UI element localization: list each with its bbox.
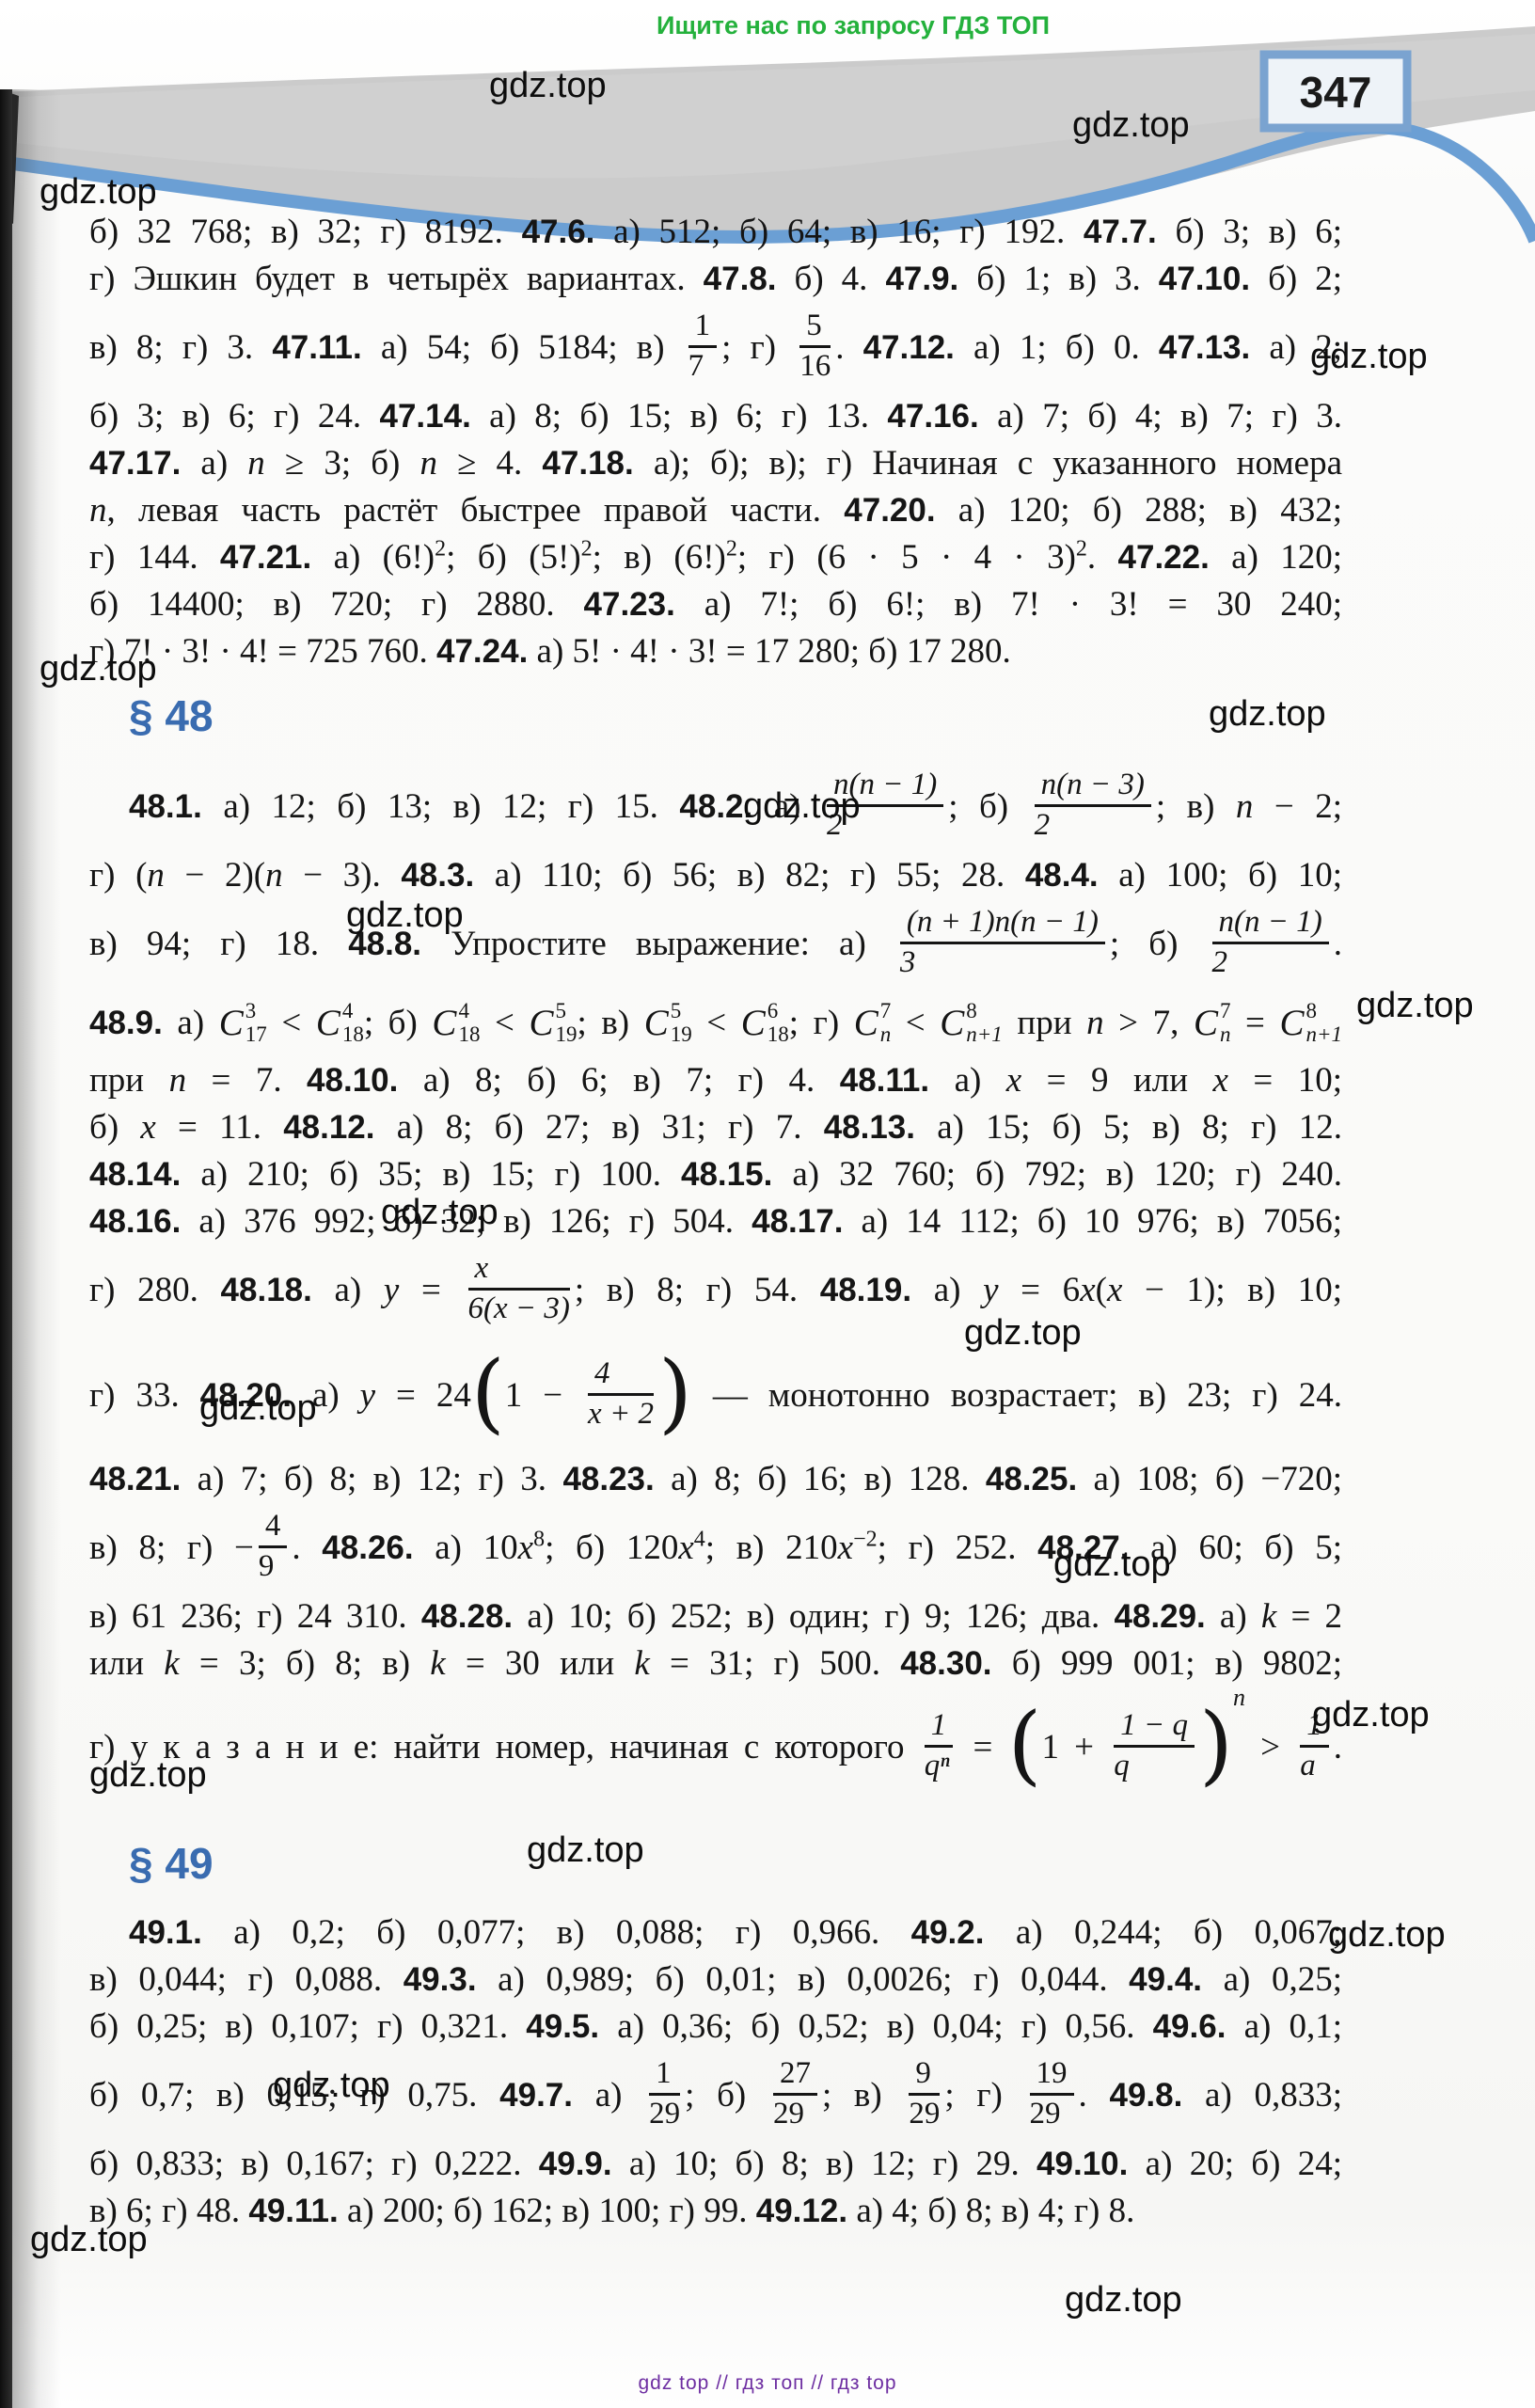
answer-line: 48.16. а) 376 992; б) 32; в) 126; г) 504…: [89, 1198, 1342, 1245]
book-spine: [0, 89, 12, 2408]
binomial-sub: 18: [458, 1023, 480, 1047]
binomial-symbol: C7n: [1194, 1000, 1231, 1047]
problem-number: 49.2.: [911, 1914, 985, 1951]
fraction: 49: [259, 1510, 288, 1583]
fraction: 2729: [773, 2057, 817, 2131]
binomial-super: 7: [1220, 1000, 1231, 1023]
binomial-super: 3: [245, 1000, 267, 1023]
answer-line: 48.9. а) C317 < C418; б) C418 < C519; в)…: [89, 990, 1342, 1057]
binomial-super: 4: [458, 1000, 480, 1023]
binomial-super: 6: [767, 1000, 789, 1023]
watermark: gdz.top: [1065, 2280, 1182, 2321]
problem-number: 48.12.: [283, 1109, 374, 1146]
fraction-numerator: x: [468, 1252, 570, 1291]
page-number: 347: [1300, 68, 1372, 117]
watermark: gdz.top: [40, 172, 157, 213]
binomial-symbol: C7n: [854, 1000, 892, 1047]
text-column: б) 32 768; в) 32; г) 8192. 47.6. а) 512;…: [89, 209, 1342, 2235]
watermark: gdz.top: [273, 2066, 390, 2106]
binomial-super: 8: [1306, 1000, 1343, 1023]
binomial-sub: 19: [671, 1023, 692, 1047]
binomial-scripts: 317: [245, 1000, 267, 1047]
problem-number: 49.4.: [1129, 1961, 1202, 1998]
fraction-denominator: 29: [1030, 2096, 1074, 2131]
watermark: gdz.top: [89, 1755, 207, 1796]
fraction-numerator: 1: [649, 2057, 680, 2096]
math-variable: n: [265, 856, 283, 895]
problem-number: 47.18.: [542, 445, 633, 482]
fraction: 17: [688, 309, 718, 383]
problem-number: 47.6.: [522, 214, 595, 250]
problem-number: 48.1.: [129, 788, 202, 825]
exponent: 2: [435, 537, 446, 562]
watermark: gdz.top: [1209, 694, 1326, 735]
answer-line: 48.1. а) 12; б) 13; в) 12; г) 15. 48.2. …: [89, 762, 1342, 852]
problem-number: 48.17.: [752, 1203, 843, 1240]
problem-number: 49.9.: [539, 2146, 612, 2182]
fraction: (n + 1)n(n − 1)3: [900, 906, 1105, 979]
binomial-super: 4: [342, 1000, 364, 1023]
binomial-sub: 19: [555, 1023, 577, 1047]
footer-note: gdz top // гдз топ // гдз top: [0, 2372, 1535, 2395]
binomial-sub: 18: [767, 1023, 789, 1047]
section-header: § 48: [129, 690, 1342, 741]
exponent: 2: [1076, 537, 1087, 562]
problem-number: 48.29.: [1114, 1598, 1205, 1635]
answer-line: г) (n − 2)(n − 3). 48.3. а) 110; б) 56; …: [89, 852, 1342, 899]
exponent: 2: [581, 537, 593, 562]
binomial-symbol: C8n+1: [940, 1000, 1003, 1047]
math-variable: n: [247, 444, 265, 483]
answer-line: б) 0,25; в) 0,107; г) 0,321. 49.5. а) 0,…: [89, 2004, 1342, 2051]
fraction-numerator: 19: [1030, 2057, 1074, 2096]
answer-line: n, левая часть растёт быстрее правой час…: [89, 487, 1342, 534]
math-variable: y: [983, 1271, 998, 1309]
binomial-letter: C: [1279, 1005, 1304, 1041]
fraction: 1qⁿ: [925, 1709, 954, 1782]
problem-number: 48.9.: [89, 1005, 163, 1041]
fraction-numerator: 1: [925, 1709, 954, 1748]
answer-line: б) 14400; в) 720; г) 2880. 47.23. а) 7!;…: [89, 581, 1342, 628]
problem-number: 48.10.: [307, 1062, 398, 1099]
answer-line: г) 7! · 3! · 4! = 725 760. 47.24. а) 5! …: [89, 628, 1342, 675]
problem-number: 48.16.: [89, 1203, 181, 1240]
math-variable: k: [430, 1644, 445, 1683]
binomial-scripts: 519: [555, 1000, 577, 1047]
big-paren: ): [1199, 1694, 1233, 1795]
problem-number: 47.10.: [1159, 261, 1250, 297]
fraction: 929: [909, 2057, 940, 2131]
fraction-numerator: (n + 1)n(n − 1): [900, 906, 1105, 944]
problem-number: 48.30.: [900, 1645, 991, 1682]
math-variable: n: [420, 444, 438, 483]
problem-number: 47.22.: [1118, 539, 1210, 576]
problem-number: 49.11.: [248, 2193, 338, 2229]
watermark: gdz.top: [964, 1313, 1082, 1354]
binomial-scripts: 519: [671, 1000, 692, 1047]
answer-line: б) 3; в) 6; г) 24. 47.14. а) 8; б) 15; в…: [89, 393, 1342, 440]
big-paren: (: [1008, 1694, 1042, 1795]
problem-number: 49.7.: [499, 2077, 573, 2114]
binomial-letter: C: [940, 1005, 964, 1041]
problem-number: 47.11.: [272, 329, 361, 366]
fraction-numerator: 1: [688, 309, 718, 348]
binomial-letter: C: [854, 1005, 878, 1041]
binomial-super: 5: [671, 1000, 692, 1023]
answer-line: 49.1. а) 0,2; б) 0,077; в) 0,088; г) 0,9…: [89, 1909, 1342, 1956]
fraction-denominator: 3: [900, 944, 1105, 980]
watermark: gdz.top: [199, 1388, 317, 1429]
binomial-symbol: C8n+1: [1279, 1000, 1342, 1047]
watermark: gdz.top: [1053, 1545, 1171, 1585]
fraction-numerator: 1 − q: [1114, 1709, 1195, 1748]
problem-number: 49.1.: [129, 1914, 202, 1951]
problem-number: 47.24.: [436, 633, 528, 670]
answer-line: в) 94; г) 18. 48.8. Упростите выражение:…: [89, 899, 1342, 990]
fraction-denominator: qⁿ: [925, 1748, 954, 1783]
problem-number: 47.17.: [89, 445, 181, 482]
binomial-letter: C: [1194, 1005, 1218, 1041]
binomial-scripts: 8n+1: [1306, 1000, 1343, 1047]
fraction-numerator: 9: [909, 2057, 940, 2096]
answer-line: или k = 3; б) 8; в) k = 30 или k = 31; г…: [89, 1640, 1342, 1687]
binomial-letter: C: [644, 1005, 669, 1041]
problem-number: 48.2.: [679, 788, 752, 825]
answer-line: б) 32 768; в) 32; г) 8192. 47.6. а) 512;…: [89, 209, 1342, 256]
answer-line: в) 6; г) 48. 49.11. а) 200; б) 162; в) 1…: [89, 2188, 1342, 2235]
fraction-denominator: x + 2: [588, 1396, 654, 1432]
answer-line: б) 0,833; в) 0,167; г) 0,222. 49.9. а) 1…: [89, 2141, 1342, 2188]
answer-line: б) x = 11. 48.12. а) 8; б) 27; в) 31; г)…: [89, 1104, 1342, 1151]
search-hint-note: Ищите нас по запросу ГДЗ ТОП: [657, 11, 1050, 40]
problem-number: 47.9.: [885, 261, 958, 297]
math-variable: x: [1006, 1061, 1021, 1100]
answer-line: в) 8; г) 3. 47.11. а) 54; б) 5184; в) 17…: [89, 303, 1342, 393]
answer-line: в) 61 236; г) 24 310. 48.28. а) 10; б) 2…: [89, 1593, 1342, 1640]
watermark: gdz.top: [381, 1193, 498, 1233]
fraction-numerator: n(n − 3): [1035, 768, 1151, 807]
answer-line: 48.14. а) 210; б) 35; в) 15; г) 100. 48.…: [89, 1151, 1342, 1198]
problem-number: 47.8.: [704, 261, 777, 297]
problem-number: 48.13.: [824, 1109, 915, 1146]
watermark: gdz.top: [1328, 1915, 1446, 1956]
section-header: § 49: [129, 1838, 1342, 1889]
exponent: 2: [726, 537, 737, 562]
fraction-denominator: 9: [259, 1548, 288, 1584]
problem-number: 48.3.: [401, 857, 474, 894]
binomial-scripts: 418: [458, 1000, 480, 1047]
binomial-sub: n+1: [1306, 1023, 1343, 1047]
math-variable: x: [1080, 1271, 1095, 1309]
watermark: gdz.top: [346, 895, 464, 936]
binomial-letter: C: [316, 1005, 340, 1041]
binomial-sub: 18: [342, 1023, 364, 1047]
fraction: 516: [799, 309, 831, 383]
watermark: gdz.top: [1072, 105, 1190, 146]
math-variable: k: [1261, 1597, 1276, 1636]
fraction: 1929: [1030, 2057, 1074, 2131]
watermark: gdz.top: [489, 66, 607, 106]
binomial-super: 7: [880, 1000, 892, 1023]
problem-number: 47.21.: [220, 539, 311, 576]
fraction: 129: [649, 2057, 680, 2131]
problem-number: 48.11.: [840, 1062, 929, 1099]
paren-exponent: n: [1233, 1684, 1245, 1711]
math-variable: n: [1236, 787, 1254, 826]
fraction-denominator: 29: [773, 2096, 817, 2131]
fraction: x6(x − 3): [468, 1252, 570, 1325]
fraction: 4x + 2: [588, 1357, 654, 1431]
exponent: −2: [853, 1528, 878, 1552]
math-variable: x: [140, 1108, 155, 1147]
binomial-sub: n: [1220, 1023, 1231, 1047]
binomial-super: 8: [966, 1000, 1003, 1023]
binomial-scripts: 7n: [880, 1000, 892, 1047]
problem-number: 48.21.: [89, 1461, 181, 1497]
problem-number: 48.14.: [89, 1156, 181, 1193]
math-variable: x: [678, 1529, 693, 1567]
math-variable: n: [89, 491, 107, 530]
fraction-numerator: n(n − 1): [1212, 906, 1329, 944]
binomial-letter: C: [529, 1005, 553, 1041]
fraction: 1 − qq: [1114, 1709, 1195, 1782]
watermark: gdz.top: [30, 2220, 148, 2260]
math-variable: x: [518, 1529, 533, 1567]
exponent: 4: [694, 1528, 705, 1552]
fraction-denominator: 6(x − 3): [468, 1291, 570, 1326]
answer-line: 48.21. а) 7; б) 8; в) 12; г) 3. 48.23. а…: [89, 1456, 1342, 1503]
binomial-symbol: C418: [316, 1000, 364, 1047]
math-variable: k: [164, 1644, 179, 1683]
math-variable: n: [1086, 1004, 1104, 1042]
binomial-symbol: C418: [432, 1000, 480, 1047]
problem-number: 49.5.: [526, 2008, 599, 2045]
problem-number: 48.4.: [1025, 857, 1099, 894]
answer-line: 47.17. а) n ≥ 3; б) n ≥ 4. 47.18. а); б)…: [89, 440, 1342, 487]
fraction-numerator: 27: [773, 2057, 817, 2096]
big-paren: (: [471, 1342, 505, 1443]
fraction-denominator: 29: [909, 2096, 940, 2131]
problem-number: 47.13.: [1159, 329, 1250, 366]
math-variable: x: [1212, 1061, 1227, 1100]
fraction-numerator: 5: [799, 309, 831, 348]
fraction-denominator: q: [1114, 1748, 1195, 1783]
watermark: gdz.top: [1312, 1695, 1430, 1735]
binomial-symbol: C317: [219, 1000, 267, 1047]
problem-number: 49.12.: [756, 2193, 847, 2229]
watermark: gdz.top: [743, 786, 861, 827]
binomial-scripts: 7n: [1220, 1000, 1231, 1047]
math-variable: n: [169, 1061, 187, 1100]
math-variable: y: [360, 1376, 375, 1415]
fraction: n(n − 1)2: [1212, 906, 1329, 979]
watermark: gdz.top: [1310, 337, 1428, 377]
problem-number: 47.7.: [1084, 214, 1157, 250]
binomial-letter: C: [219, 1005, 244, 1041]
math-variable: y: [384, 1271, 399, 1309]
watermark: gdz.top: [1356, 986, 1474, 1026]
binomial-scripts: 618: [767, 1000, 789, 1047]
fraction-numerator: 4: [259, 1510, 288, 1548]
problem-number: 47.20.: [844, 492, 935, 529]
answer-line: при n = 7. 48.10. а) 8; б) 6; в) 7; г) 4…: [89, 1057, 1342, 1104]
fraction-denominator: 29: [649, 2096, 680, 2131]
problem-number: 49.10.: [1037, 2146, 1128, 2182]
fraction-denominator: 2: [1035, 807, 1151, 843]
binomial-sub: n+1: [966, 1023, 1003, 1047]
problem-number: 48.26.: [322, 1529, 413, 1566]
problem-number: 47.23.: [584, 586, 675, 623]
problem-number: 48.19.: [820, 1272, 911, 1308]
fraction-denominator: 7: [688, 348, 718, 384]
problem-number: 48.23.: [562, 1461, 654, 1497]
problem-number: 49.8.: [1110, 2077, 1183, 2114]
problem-number: 48.18.: [221, 1272, 312, 1308]
watermark: gdz.top: [40, 649, 157, 689]
book-spine-shadow: [12, 89, 61, 2408]
big-paren: ): [658, 1342, 692, 1443]
math-variable: n: [147, 856, 165, 895]
watermark: gdz.top: [527, 1830, 644, 1871]
binomial-sub: n: [880, 1023, 892, 1047]
binomial-symbol: C618: [741, 1000, 789, 1047]
binomial-scripts: 8n+1: [966, 1000, 1003, 1047]
problem-number: 48.25.: [986, 1461, 1077, 1497]
answer-line: г) 144. 47.21. а) (6!)2; б) (5!)2; в) (6…: [89, 534, 1342, 581]
binomial-sub: 17: [245, 1023, 267, 1047]
binomial-scripts: 418: [342, 1000, 364, 1047]
binomial-symbol: C519: [644, 1000, 692, 1047]
binomial-letter: C: [432, 1005, 456, 1041]
binomial-super: 5: [555, 1000, 577, 1023]
answer-line: в) 0,044; г) 0,088. 49.3. а) 0,989; б) 0…: [89, 1956, 1342, 2004]
fraction-denominator: a: [1300, 1748, 1329, 1783]
problem-number: 47.14.: [379, 398, 470, 435]
fraction-denominator: 16: [799, 348, 831, 384]
math-variable: k: [634, 1644, 649, 1683]
problem-number: 48.28.: [421, 1598, 513, 1635]
answer-line: г) 280. 48.18. а) y = x6(x − 3); в) 8; г…: [89, 1245, 1342, 1336]
fraction-denominator: 2: [1212, 944, 1329, 980]
fraction-numerator: 4: [588, 1357, 654, 1396]
problem-number: 49.6.: [1153, 2008, 1226, 2045]
math-variable: x: [1107, 1271, 1122, 1309]
binomial-symbol: C519: [529, 1000, 577, 1047]
problem-number: 49.3.: [404, 1961, 477, 1998]
page: 347 Ищите нас по запросу ГДЗ ТОП б) 32 7…: [0, 0, 1535, 2408]
answer-line: г) Эшкин будет в четырёх вариантах. 47.8…: [89, 256, 1342, 303]
answer-line: г) у к а з а н и е: найти номер, начиная…: [89, 1687, 1342, 1808]
binomial-letter: C: [741, 1005, 766, 1041]
problem-number: 48.15.: [681, 1156, 772, 1193]
problem-number: 47.16.: [887, 398, 978, 435]
exponent: 8: [533, 1528, 545, 1552]
fraction: n(n − 3)2: [1035, 768, 1151, 842]
math-variable: x: [838, 1529, 853, 1567]
problem-number: 47.12.: [863, 329, 955, 366]
